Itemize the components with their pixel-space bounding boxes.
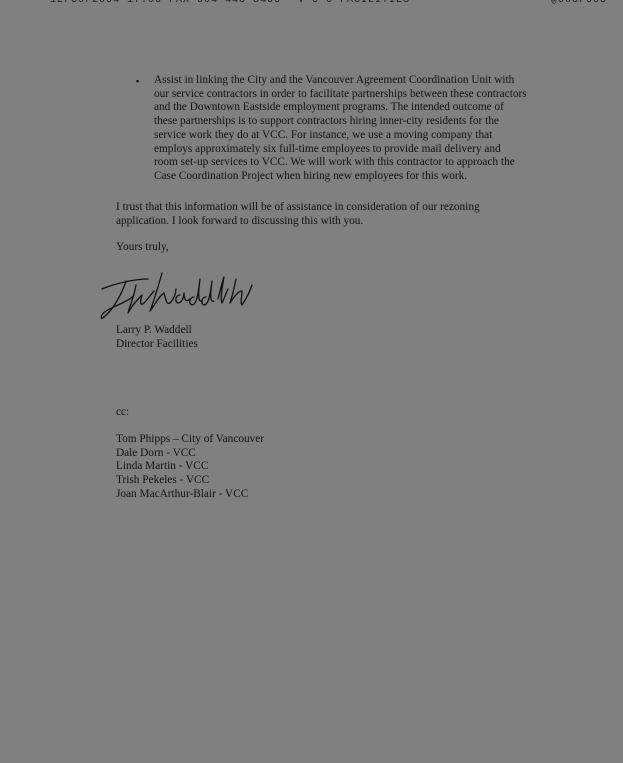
bullet-item: ▪ Assist in linking the City and the Van… — [136, 74, 556, 184]
closing-paragraph: I trust that this information will be of… — [116, 201, 480, 228]
closing-line: I trust that this information will be of… — [116, 201, 480, 215]
fax-header-date-number: 12/30/2004 17:06 FAX 604 443 8466 — [50, 0, 281, 6]
fax-header: 12/30/2004 17:06 FAX 604 443 8466 V C C … — [0, 0, 623, 5]
cc-recipient: Tom Phipps – City of Vancouver — [116, 433, 264, 447]
cc-recipient: Trish Pekeles - VCC — [116, 474, 264, 488]
fax-header-sender: V C C FACILITIES — [298, 0, 410, 6]
bullet-line: employs approximately six full-time empl… — [154, 143, 556, 157]
bullet-text: Assist in linking the City and the Vanco… — [154, 74, 556, 184]
signatory-title: Director Facilities — [116, 338, 198, 352]
signatory-block: Larry P. Waddell Director Facilities — [116, 324, 198, 351]
bullet-line: service work they do at VCC. For instanc… — [154, 129, 556, 143]
cc-recipient: Joan MacArthur-Blair - VCC — [116, 488, 264, 502]
cc-recipient: Dale Dorn - VCC — [116, 447, 264, 461]
cc-recipient: Linda Martin - VCC — [116, 460, 264, 474]
signature-image — [96, 265, 266, 325]
bullet-line: these partnerships is to support contrac… — [154, 115, 556, 129]
closing-line: application. I look forward to discussin… — [116, 215, 480, 229]
cc-label: cc: — [116, 406, 129, 420]
cc-list: Tom Phipps – City of Vancouver Dale Dorn… — [116, 433, 264, 502]
bullet-line: Assist in linking the City and the Vanco… — [154, 74, 556, 88]
bullet-line: our service contractors in order to faci… — [154, 88, 556, 102]
fax-header-page: @003/003 — [551, 0, 607, 6]
bullet-icon: ▪ — [136, 75, 139, 89]
signatory-name: Larry P. Waddell — [116, 324, 198, 338]
bullet-line: and the Downtown Eastside employment pro… — [154, 101, 556, 115]
salutation: Yours truly, — [116, 241, 169, 255]
bullet-line: room set-up services to VCC. We will wor… — [154, 156, 556, 170]
bullet-line: Case Coordination Project when hiring ne… — [154, 170, 556, 184]
